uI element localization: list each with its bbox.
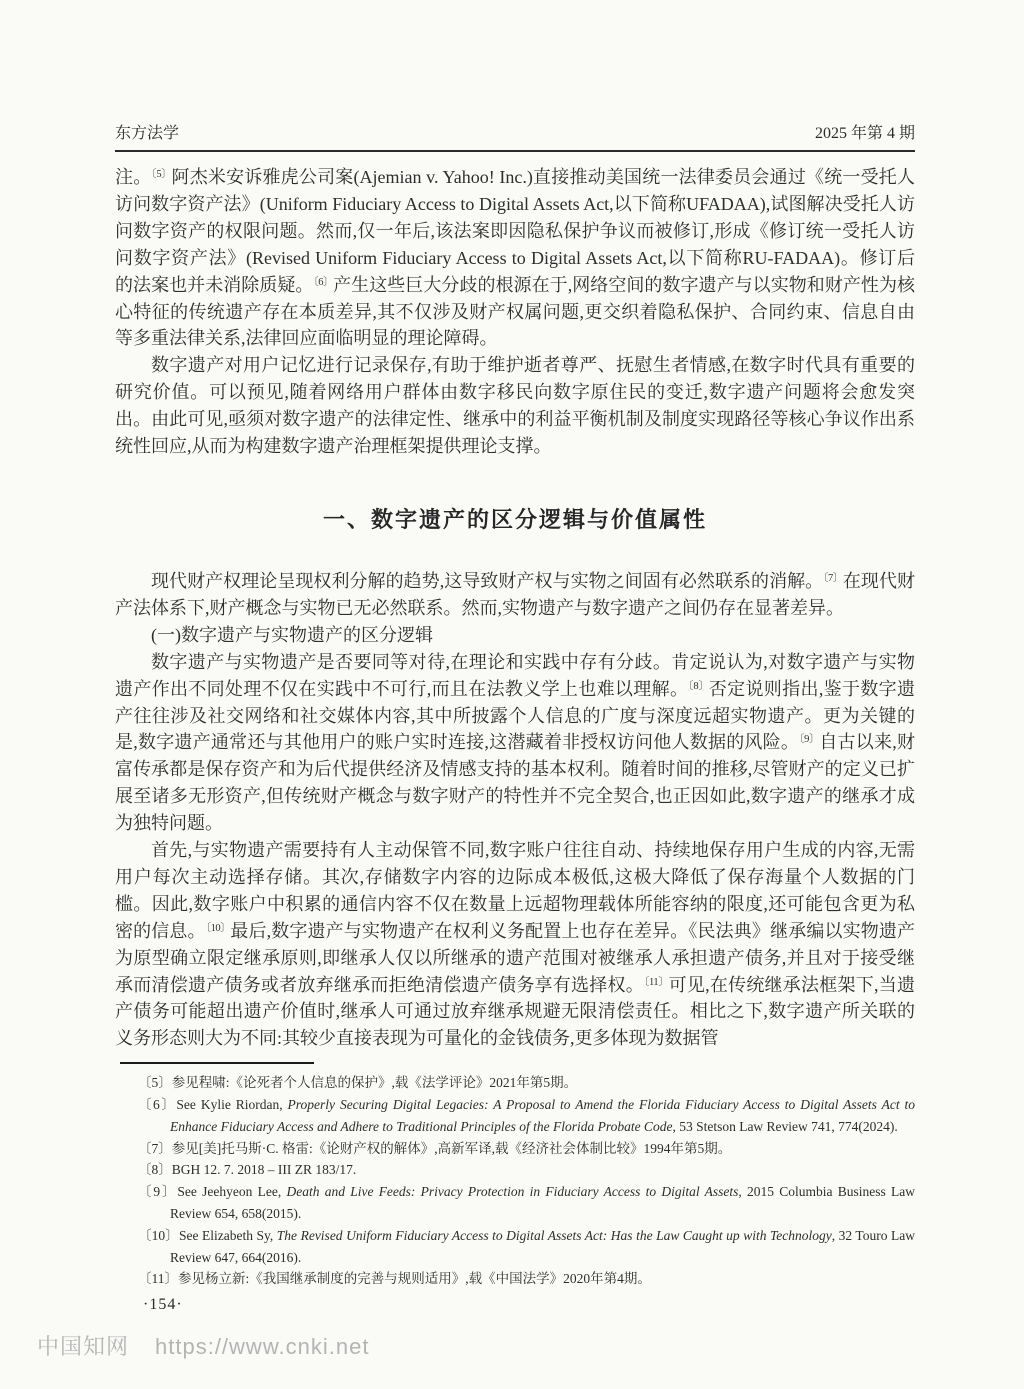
footnote-ref: 〔10〕: [206, 923, 231, 934]
body-paragraph: 现代财产权理论呈现权利分解的趋势,这导致财产权与实物之间固有必然联系的消解。〔7…: [115, 568, 915, 622]
body-paragraph: 首先,与实物遗产需要持有人主动保管不同,数字账户往往自动、持续地保存用户生成的内…: [115, 837, 915, 1052]
body-paragraph: 注。〔5〕阿杰米安诉雅虎公司案(Ajemian v. Yahoo! Inc.)直…: [115, 164, 915, 352]
journal-page: 东方法学 2025 年第 4 期 注。〔5〕阿杰米安诉雅虎公司案(Ajemian…: [0, 0, 1024, 1389]
footnote-ref: 〔8〕: [688, 681, 709, 692]
footnote-divider: [120, 1062, 314, 1064]
footnote-item: 〔10〕See Elizabeth Sy, The Revised Unifor…: [170, 1225, 915, 1269]
article-body: 注。〔5〕阿杰米安诉雅虎公司案(Ajemian v. Yahoo! Inc.)直…: [115, 164, 915, 1052]
footnote-label: 〔8〕: [138, 1162, 172, 1177]
text-run: See Jeehyeon Lee,: [177, 1184, 286, 1199]
footnote-item: 〔8〕BGH 12. 7. 2018 – III ZR 183/17.: [170, 1159, 915, 1181]
text-run: See Kylie Riordan,: [176, 1097, 287, 1112]
footnote-ref: 〔9〕: [799, 734, 819, 745]
text-run: BGH 12. 7. 2018 – III ZR 183/17.: [172, 1162, 357, 1177]
text-run: Death and Live Feeds: Privacy Protection…: [286, 1184, 738, 1199]
section-heading: 一、数字遗产的区分逻辑与价值属性: [115, 504, 915, 535]
cnki-watermark: 中国知网 https://www.cnki.net: [37, 1330, 369, 1361]
footnote-label: 〔6〕: [138, 1097, 176, 1112]
subsection-heading: (一)数字遗产与实物遗产的区分逻辑: [115, 622, 915, 649]
text-run: 现代财产权理论呈现权利分解的趋势,这导致财产权与实物之间固有必然联系的消解。: [151, 571, 823, 591]
footnote-item: 〔5〕参见程啸:《论死者个人信息的保护》,载《法学评论》2021年第5期。: [170, 1072, 915, 1094]
footnote-item: 〔11〕参见杨立新:《我国继承制度的完善与规则适用》,载《中国法学》2020年第…: [170, 1268, 915, 1290]
footnote-item: 〔6〕See Kylie Riordan, Properly Securing …: [170, 1094, 915, 1138]
issue-label: 2025 年第 4 期: [815, 120, 915, 143]
text-run: The Revised Uniform Fiduciary Access to …: [277, 1228, 832, 1243]
footnote-ref: 〔6〕: [313, 277, 333, 288]
footnote-label: 〔10〕: [138, 1228, 179, 1243]
cnki-brand: 中国知网: [37, 1330, 129, 1361]
journal-name: 东方法学: [115, 120, 179, 143]
cnki-url: https://www.cnki.net: [155, 1334, 369, 1360]
header-divider: [115, 150, 915, 152]
footnote-label: 〔9〕: [138, 1184, 177, 1199]
body-paragraph: 数字遗产与实物遗产是否要同等对待,在理论和实践中存有分歧。肯定说认为,对数字遗产…: [115, 649, 915, 837]
footnote-label: 〔11〕: [138, 1271, 178, 1286]
footnote-ref: 〔11〕: [644, 977, 669, 988]
page-header: 东方法学 2025 年第 4 期: [115, 120, 915, 143]
text-run: See Elizabeth Sy,: [179, 1228, 277, 1243]
footnote-ref: 〔7〕: [823, 573, 843, 584]
footnote-item: 〔7〕参见[美]托马斯·C. 格雷:《论财产权的解体》,高新军译,载《经济社会体…: [170, 1138, 915, 1160]
text-run: 数字遗产对用户记忆进行记录保存,有助于维护逝者尊严、抚慰生者情感,在数字时代具有…: [115, 355, 915, 456]
footnote-ref: 〔5〕: [151, 169, 171, 180]
text-run: (一)数字遗产与实物遗产的区分逻辑: [151, 625, 433, 645]
footnotes-section: 〔5〕参见程啸:《论死者个人信息的保护》,载《法学评论》2021年第5期。〔6〕…: [115, 1072, 915, 1290]
body-paragraph: 数字遗产对用户记忆进行记录保存,有助于维护逝者尊严、抚慰生者情感,在数字时代具有…: [115, 352, 915, 460]
footnote-label: 〔5〕: [138, 1075, 172, 1090]
text-run: 参见[美]托马斯·C. 格雷:《论财产权的解体》,高新军译,载《经济社会体制比较…: [172, 1141, 732, 1156]
text-run: 参见程啸:《论死者个人信息的保护》,载《法学评论》2021年第5期。: [172, 1075, 577, 1090]
page-number: ·154·: [143, 1296, 915, 1314]
footnote-item: 〔9〕See Jeehyeon Lee, Death and Live Feed…: [170, 1181, 915, 1225]
text-run: 注。: [115, 167, 151, 187]
text-run: 参见杨立新:《我国继承制度的完善与规则适用》,载《中国法学》2020年第4期。: [178, 1271, 651, 1286]
text-run: , 53 Stetson Law Review 741, 774(2024).: [672, 1119, 897, 1134]
footnote-label: 〔7〕: [138, 1141, 172, 1156]
